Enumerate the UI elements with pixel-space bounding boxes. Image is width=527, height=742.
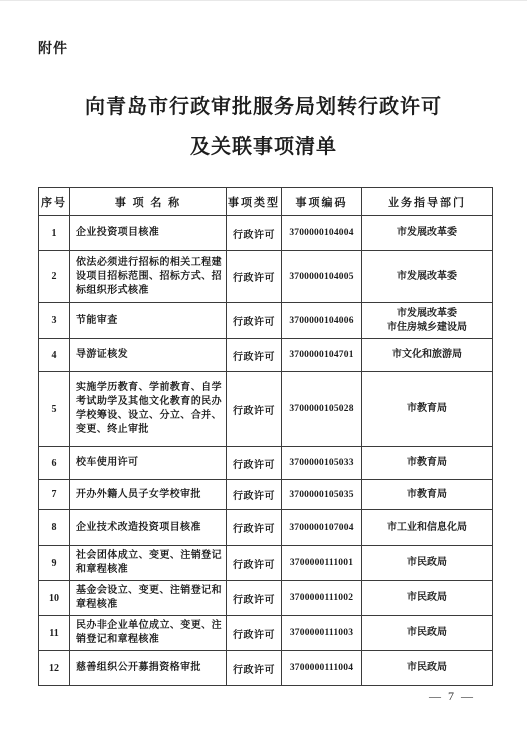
item-name-cell: 慈善组织公开募捐资格审批 [70, 651, 227, 686]
guidance-dept-cell: 市教育局 [362, 447, 493, 480]
item-name-cell: 实施学历教育、学前教育、自学考试助学及其他文化教育的民办学校筹设、设立、分立、合… [70, 372, 227, 447]
guidance-dept-cell: 市工业和信息化局 [362, 510, 493, 546]
item-code-cell: 3700000105028 [282, 372, 362, 447]
table-row: 4 导游证核发 行政许可 3700000104701 市文化和旅游局 [39, 339, 493, 372]
row-index-cell: 10 [39, 581, 70, 616]
item-type-cell: 行政许可 [227, 546, 282, 581]
item-name-cell: 民办非企业单位成立、变更、注销登记和章程核准 [70, 616, 227, 651]
item-name-cell: 企业投资项目核准 [70, 216, 227, 251]
item-type-cell: 行政许可 [227, 651, 282, 686]
document-title: 向青岛市行政审批服务局划转行政许可 及关联事项清单 [6, 87, 521, 167]
row-index-cell: 11 [39, 616, 70, 651]
item-type-cell: 行政许可 [227, 447, 282, 480]
item-type-cell: 行政许可 [227, 480, 282, 510]
row-index-cell: 5 [39, 372, 70, 447]
header-dept: 业务指导部门 [362, 188, 493, 216]
item-type-cell: 行政许可 [227, 510, 282, 546]
table-row: 7 开办外籍人员子女学校审批 行政许可 3700000105035 市教育局 [39, 480, 493, 510]
item-name-cell: 基金会设立、变更、注销登记和章程核准 [70, 581, 227, 616]
item-code-cell: 3700000104005 [282, 251, 362, 303]
item-type-cell: 行政许可 [227, 372, 282, 447]
item-type-cell: 行政许可 [227, 616, 282, 651]
table-row: 8 企业技术改造投资项目核准 行政许可 3700000107004 市工业和信息… [39, 510, 493, 546]
header-name: 事 项 名 称 [70, 188, 227, 216]
item-name-cell: 开办外籍人员子女学校审批 [70, 480, 227, 510]
item-code-cell: 3700000111001 [282, 546, 362, 581]
document-page: 附件 向青岛市行政审批服务局划转行政许可 及关联事项清单 序号 事 项 名 称 … [0, 0, 527, 742]
item-code-cell: 3700000107004 [282, 510, 362, 546]
guidance-dept-cell: 市教育局 [362, 372, 493, 447]
item-code-cell: 3700000104004 [282, 216, 362, 251]
guidance-dept-cell: 市文化和旅游局 [362, 339, 493, 372]
guidance-dept-cell: 市民政局 [362, 546, 493, 581]
guidance-dept-cell: 市民政局 [362, 616, 493, 651]
item-name-cell: 导游证核发 [70, 339, 227, 372]
guidance-dept-cell: 市发展改革委 市住房城乡建设局 [362, 303, 493, 339]
item-name-cell: 社会团体成立、变更、注销登记和章程核准 [70, 546, 227, 581]
row-index-cell: 8 [39, 510, 70, 546]
row-index-cell: 12 [39, 651, 70, 686]
item-code-cell: 3700000111003 [282, 616, 362, 651]
item-code-cell: 3700000104006 [282, 303, 362, 339]
row-index-cell: 9 [39, 546, 70, 581]
item-type-cell: 行政许可 [227, 216, 282, 251]
item-type-cell: 行政许可 [227, 303, 282, 339]
table-row: 12 慈善组织公开募捐资格审批 行政许可 3700000111004 市民政局 [39, 651, 493, 686]
item-type-cell: 行政许可 [227, 581, 282, 616]
item-name-cell: 企业技术改造投资项目核准 [70, 510, 227, 546]
table-row: 6 校车使用许可 行政许可 3700000105033 市教育局 [39, 447, 493, 480]
item-code-cell: 3700000105035 [282, 480, 362, 510]
guidance-dept-cell: 市民政局 [362, 651, 493, 686]
item-name-cell: 校车使用许可 [70, 447, 227, 480]
item-name-cell: 依法必须进行招标的相关工程建设项目招标范围、招标方式、招标组织形式核准 [70, 251, 227, 303]
row-index-cell: 3 [39, 303, 70, 339]
table-row: 10 基金会设立、变更、注销登记和章程核准 行政许可 3700000111002… [39, 581, 493, 616]
item-code-cell: 3700000111004 [282, 651, 362, 686]
row-index-cell: 1 [39, 216, 70, 251]
item-code-cell: 3700000105033 [282, 447, 362, 480]
table-row: 11 民办非企业单位成立、变更、注销登记和章程核准 行政许可 370000011… [39, 616, 493, 651]
guidance-dept-cell: 市民政局 [362, 581, 493, 616]
table-row: 1 企业投资项目核准 行政许可 3700000104004 市发展改革委 [39, 216, 493, 251]
table-row: 3 节能审查 行政许可 3700000104006 市发展改革委 市住房城乡建设… [39, 303, 493, 339]
attachment-label: 附件 [38, 38, 68, 58]
table-row: 5 实施学历教育、学前教育、自学考试助学及其他文化教育的民办学校筹设、设立、分立… [39, 372, 493, 447]
row-index-cell: 2 [39, 251, 70, 303]
header-type: 事项类型 [227, 188, 282, 216]
item-type-cell: 行政许可 [227, 251, 282, 303]
row-index-cell: 6 [39, 447, 70, 480]
guidance-dept-cell: 市发展改革委 [362, 216, 493, 251]
items-table: 序号 事 项 名 称 事项类型 事项编码 业务指导部门 1 企业投资项目核准 行… [38, 187, 493, 686]
row-index-cell: 7 [39, 480, 70, 510]
guidance-dept-cell: 市发展改革委 [362, 251, 493, 303]
page-number: — 7 — [429, 689, 475, 704]
item-type-cell: 行政许可 [227, 339, 282, 372]
header-code: 事项编码 [282, 188, 362, 216]
table-row: 2 依法必须进行招标的相关工程建设项目招标范围、招标方式、招标组织形式核准 行政… [39, 251, 493, 303]
item-name-cell: 节能审查 [70, 303, 227, 339]
item-code-cell: 3700000104701 [282, 339, 362, 372]
item-code-cell: 3700000111002 [282, 581, 362, 616]
table-row: 9 社会团体成立、变更、注销登记和章程核准 行政许可 3700000111001… [39, 546, 493, 581]
header-index: 序号 [39, 188, 70, 216]
table-header-row: 序号 事 项 名 称 事项类型 事项编码 业务指导部门 [39, 188, 493, 216]
row-index-cell: 4 [39, 339, 70, 372]
guidance-dept-cell: 市教育局 [362, 480, 493, 510]
